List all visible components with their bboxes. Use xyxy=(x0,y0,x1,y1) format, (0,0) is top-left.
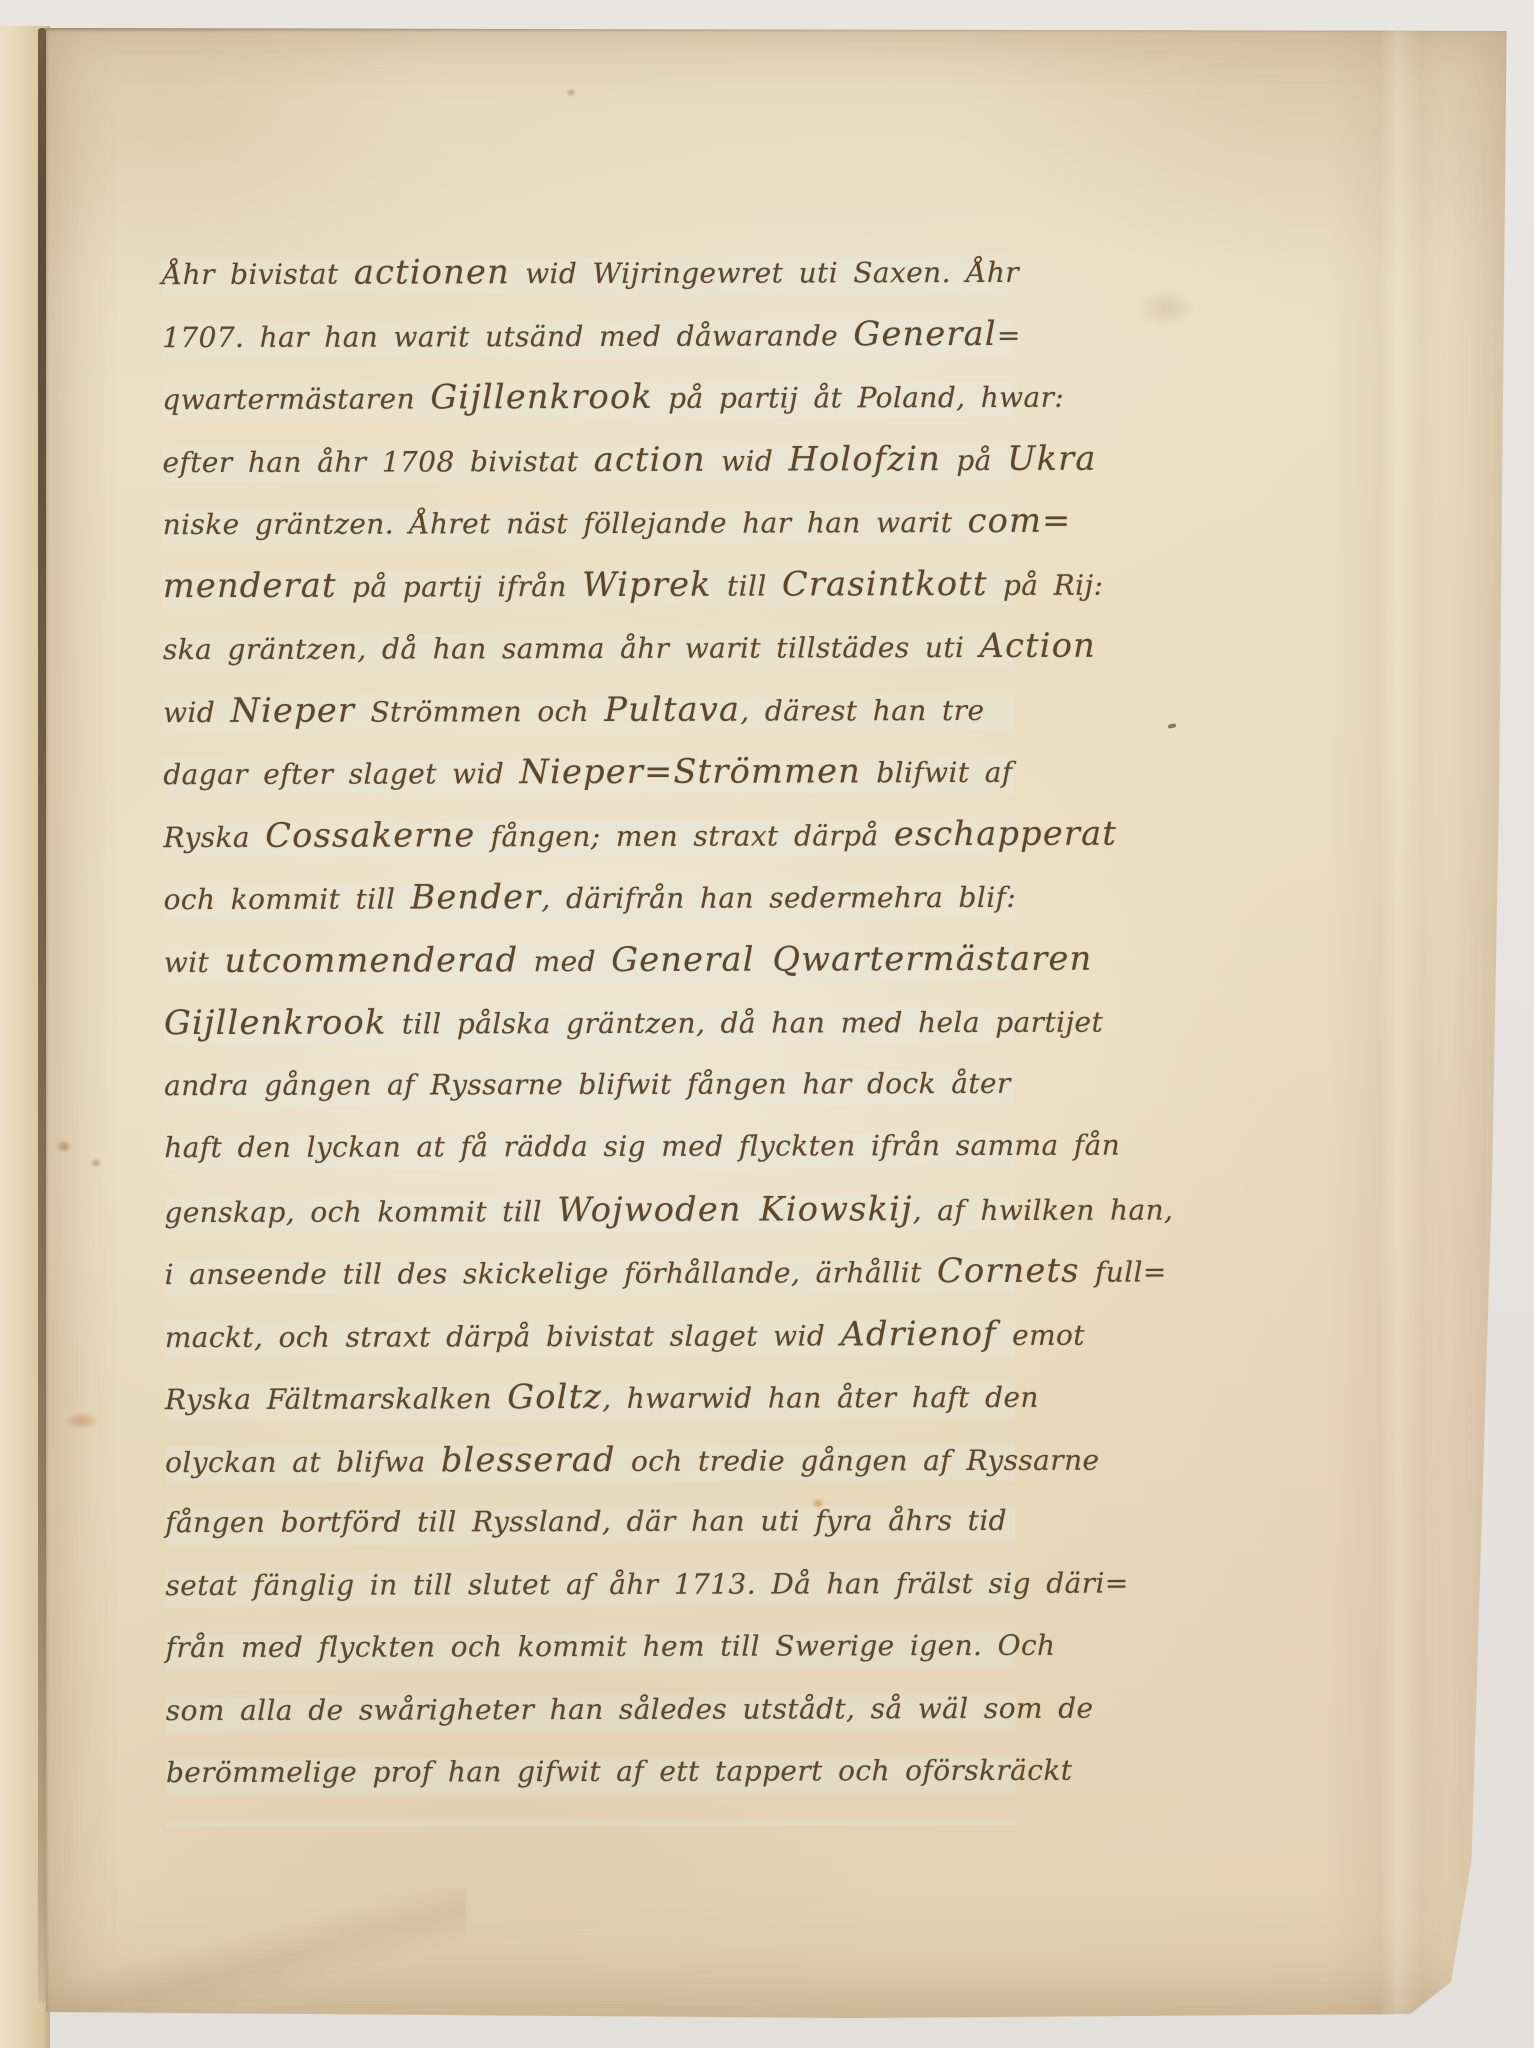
manuscript-line: fången bortförd till Ryssland, där han u… xyxy=(165,1490,1015,1555)
kurrent-script-text: fången; men straxt därpå xyxy=(475,819,894,853)
kurrent-script-text: fången bortförd till Ryssland, där han u… xyxy=(165,1504,1007,1539)
manuscript-line: dagar efter slaget wid Nieper=Strömmen b… xyxy=(163,740,1013,805)
kurrent-script-text: och tredie gången af Ryssarne xyxy=(616,1443,1100,1477)
latin-script-word: General Qwartermästaren xyxy=(611,938,1092,978)
paper-stain xyxy=(56,1140,72,1153)
paper-stain xyxy=(64,1412,98,1430)
kurrent-script-text: full= xyxy=(1080,1255,1167,1288)
latin-script-word: General xyxy=(853,313,997,352)
manuscript-line: Åhr bivistat actionen wid Wijringewret u… xyxy=(162,240,1012,305)
paper-fold-shadow xyxy=(46,1888,466,2018)
manuscript-line: mackt, och straxt därpå bivistat slaget … xyxy=(165,1302,1015,1367)
latin-script-word: Pultava xyxy=(604,689,740,728)
kurrent-script-text: Ryska Fältmarskalken xyxy=(165,1382,507,1416)
kurrent-script-text: efter han åhr 1708 bivistat xyxy=(162,444,593,478)
latin-script-word: Gijllenkrook xyxy=(430,377,653,417)
kurrent-script-text: genskap, och kommit till xyxy=(164,1195,557,1229)
kurrent-script-text: setat fänglig in till slutet af åhr 1713… xyxy=(165,1566,1128,1602)
manuscript-line: som alla de swårigheter han således utst… xyxy=(166,1677,1016,1742)
manuscript-line: niske gräntzen. Åhret näst föllejande ha… xyxy=(163,490,1013,555)
latin-script-word: Goltz xyxy=(507,1377,602,1416)
manuscript-line: Gijllenkrook till pålska gräntzen, då ha… xyxy=(164,990,1014,1055)
kurrent-script-text: från med flyckten och kommit hem till Sw… xyxy=(166,1629,1056,1664)
latin-script-word: action xyxy=(594,439,706,478)
manuscript-line: haft den lyckan at få rädda sig med flyc… xyxy=(164,1115,1014,1180)
manuscript-line: i anseende till des skickelige förhållan… xyxy=(165,1240,1015,1305)
kurrent-script-text: dagar efter slaget wid xyxy=(163,757,519,791)
latin-script-word: Nieper=Strömmen xyxy=(519,751,861,791)
manuscript-line: menderat på partij ifrån Wiprek till Cra… xyxy=(163,552,1013,617)
kurrent-script-text: i anseende till des skickelige förhållan… xyxy=(165,1256,937,1291)
manuscript-line: wid Nieper Strömmen och Pultava, därest … xyxy=(163,677,1013,742)
kurrent-script-text: Ryska xyxy=(163,820,265,853)
kurrent-script-text: , därest han tre xyxy=(740,693,984,727)
ink-mark xyxy=(1168,723,1177,729)
manuscript-line: qwartermästaren Gijllenkrook på partij å… xyxy=(162,365,1012,430)
kurrent-script-text: till xyxy=(712,569,782,602)
latin-script-word: Adrienof xyxy=(840,1313,996,1352)
latin-script-word: eschapperat xyxy=(894,813,1117,853)
kurrent-script-text: wit xyxy=(164,945,225,978)
kurrent-script-text: och kommit till xyxy=(164,882,411,916)
manuscript-line: andra gången af Ryssarne blifwit fången … xyxy=(164,1052,1014,1117)
kurrent-script-text: = xyxy=(997,318,1021,351)
manuscript-line: efter han åhr 1708 bivistat action wid H… xyxy=(162,427,1012,492)
latin-script-word: Cornets xyxy=(937,1251,1080,1290)
paper-stain xyxy=(1136,288,1196,328)
paper-crease xyxy=(1326,28,1446,2020)
kurrent-script-text: på xyxy=(941,443,1007,476)
manuscript-line: Ryska Fältmarskalken Goltz, hwarwid han … xyxy=(165,1365,1015,1430)
latin-script-word: utcommenderad xyxy=(224,940,518,980)
kurrent-script-text: wid xyxy=(163,695,230,728)
manuscript-text: Åhr bivistat actionen wid Wijringewret u… xyxy=(162,240,1016,1827)
latin-script-word: Holofzin xyxy=(788,439,941,478)
kurrent-script-text: qwartermästaren xyxy=(162,382,430,416)
manuscript-line: berömmelige prof han gifwit af ett tappe… xyxy=(166,1740,1016,1805)
kurrent-script-text: wid Wijringewret uti Saxen. Åhr xyxy=(510,256,1019,290)
manuscript-line: wit utcommenderad med General Qwartermäs… xyxy=(164,927,1014,992)
kurrent-script-text: 1707. har han warit utsänd med dåwarande xyxy=(162,319,853,354)
manuscript-line: från med flyckten och kommit hem till Sw… xyxy=(166,1615,1016,1680)
binding-gutter-shadow xyxy=(38,28,46,2003)
kurrent-script-text: på Rij: xyxy=(988,568,1104,601)
latin-script-word: com= xyxy=(968,501,1072,540)
kurrent-script-text: som alla de swårigheter han således utst… xyxy=(166,1691,1094,1726)
kurrent-script-text: blifwit af xyxy=(861,756,1013,789)
kurrent-script-text: berömmelige prof han gifwit af ett tappe… xyxy=(166,1754,1072,1789)
manuscript-line: setat fänglig in till slutet af åhr 1713… xyxy=(165,1552,1015,1617)
kurrent-script-text: , därifrån han sedermehra blif: xyxy=(541,881,1016,915)
latin-script-word: Gijllenkrook xyxy=(164,1003,387,1043)
kurrent-script-text: wid xyxy=(706,444,789,477)
paper-stain xyxy=(566,88,576,97)
scanned-book-page: Åhr bivistat actionen wid Wijringewret u… xyxy=(0,0,1534,2048)
latin-script-word: Nieper xyxy=(230,690,355,729)
manuscript-page: Åhr bivistat actionen wid Wijringewret u… xyxy=(46,28,1508,2020)
kurrent-script-text: haft den lyckan at få rädda sig med flyc… xyxy=(164,1129,1120,1165)
latin-script-word: Wojwoden Kiowskij xyxy=(557,1189,913,1229)
manuscript-line: genskap, och kommit till Wojwoden Kiowsk… xyxy=(164,1177,1014,1242)
kurrent-script-text: emot xyxy=(997,1318,1085,1351)
latin-script-word: actionen xyxy=(354,252,510,291)
kurrent-script-text: på partij åt Poland, hwar: xyxy=(653,381,1064,415)
kurrent-script-text: till pålska gräntzen, då han med hela pa… xyxy=(386,1006,1103,1041)
latin-script-word: blesserad xyxy=(441,1439,616,1478)
kurrent-script-text: med xyxy=(518,944,611,977)
manuscript-line: olyckan at blifwa blesserad och tredie g… xyxy=(165,1427,1015,1492)
kurrent-script-text: niske gräntzen. Åhret näst föllejande ha… xyxy=(163,506,968,541)
kurrent-script-text: olyckan at blifwa xyxy=(165,1445,441,1479)
kurrent-script-text: Strömmen och xyxy=(355,694,604,728)
kurrent-script-text: , hwarwid han åter haft den xyxy=(602,1381,1039,1415)
kurrent-script-text: mackt, och straxt därpå bivistat slaget … xyxy=(165,1319,841,1354)
latin-script-word: Cossakerne xyxy=(265,815,475,855)
latin-script-word: menderat xyxy=(163,565,337,604)
kurrent-script-text: , af hwilken han, xyxy=(913,1193,1174,1227)
manuscript-line: 1707. har han warit utsänd med dåwarande… xyxy=(162,302,1012,367)
kurrent-script-text: ska gräntzen, då han samma åhr warit til… xyxy=(163,631,980,666)
kurrent-script-text: Åhr bivistat xyxy=(162,258,354,292)
latin-script-word: Action xyxy=(980,626,1096,665)
latin-script-word: Ukra xyxy=(1007,438,1097,477)
manuscript-line: ska gräntzen, då han samma åhr warit til… xyxy=(163,615,1013,680)
manuscript-line: och kommit till Bender, därifrån han sed… xyxy=(164,865,1014,930)
kurrent-script-text: på partij ifrån xyxy=(337,570,582,604)
manuscript-line: Ryska Cossakerne fången; men straxt därp… xyxy=(163,802,1013,867)
paper-stain xyxy=(90,1158,102,1168)
latin-script-word: Bender xyxy=(411,877,542,916)
latin-script-word: Wiprek xyxy=(582,564,712,603)
kurrent-script-text: andra gången af Ryssarne blifwit fången … xyxy=(164,1066,1011,1101)
latin-script-word: Crasintkott xyxy=(782,563,988,603)
